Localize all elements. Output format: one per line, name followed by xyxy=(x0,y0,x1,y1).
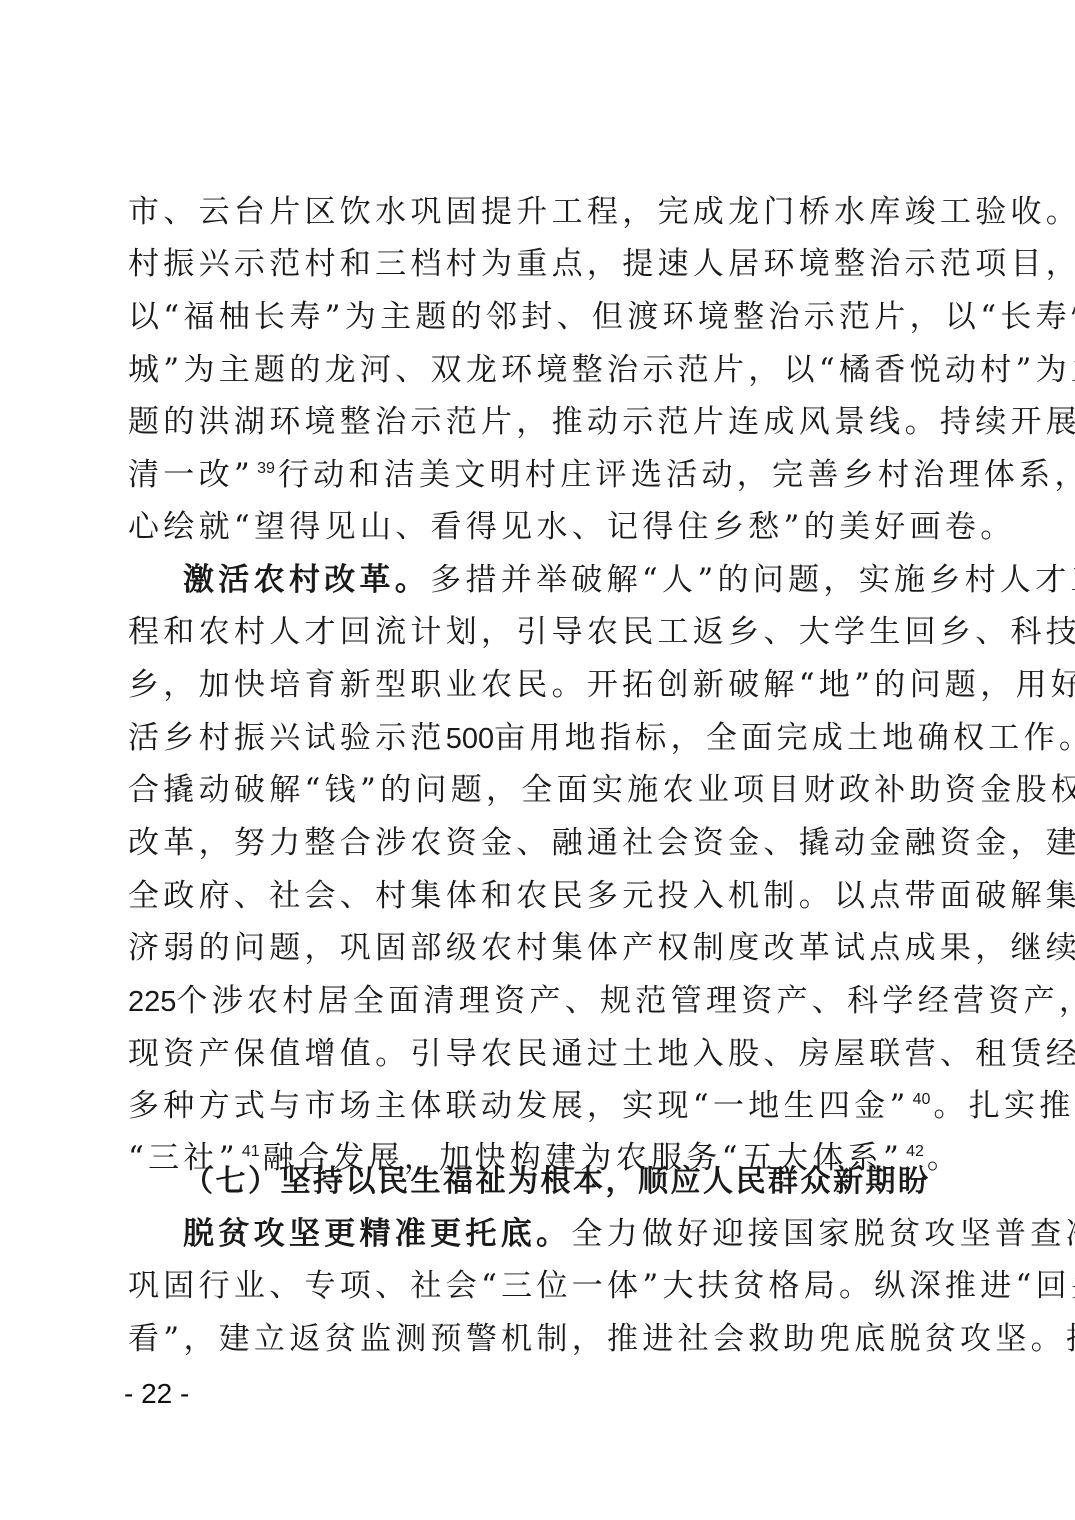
text-span: 。扎实推进 xyxy=(933,1088,1075,1124)
paragraph-lead: 激活农村改革。 xyxy=(183,562,430,598)
footnote-ref-39[interactable]: 39 xyxy=(257,460,275,477)
paragraph-line: 乡，加快培育新型职业农民。开拓创新破解“地”的问题，用好用 xyxy=(128,665,952,705)
paragraph-line: 村振兴示范村和三档村为重点，提速人居环境整治示范项目，打造 xyxy=(128,244,952,284)
paragraph-line: 现资产保值增值。引导农民通过土地入股、房屋联营、租赁经营等 xyxy=(128,1034,952,1074)
paragraph-line: 激活农村改革。多措并举破解“人”的问题，实施乡村人才工 xyxy=(183,560,952,600)
paragraph-line: 济弱的问题，巩固部级农村集体产权制度改革试点成果，继续推进 xyxy=(128,928,952,968)
paragraph-line: 题的洪湖环境整治示范片，推动示范片连成风景线。持续开展“三 xyxy=(128,402,952,442)
text-span: 全力做好迎接国家脱贫攻坚普查准备， xyxy=(571,1216,1075,1252)
paragraph-line: 心绘就“望得见山、看得见水、记得住乡愁”的美好画卷。 xyxy=(128,507,952,547)
footnote-ref-42[interactable]: 42 xyxy=(906,1143,924,1160)
paragraph-line: 城”为主题的龙河、双龙环境整治示范片，以“橘香悦动村”为主 xyxy=(128,350,952,390)
text-span: 个涉农村居全面清理资产、规范管理资产、科学经营资产，实 xyxy=(176,983,1075,1019)
paragraph-line: 程和农村人才回流计划，引导农民工返乡、大学生回乡、科技员下 xyxy=(128,612,952,652)
page-number: - 22 - xyxy=(124,1378,189,1410)
footnote-ref-40[interactable]: 40 xyxy=(913,1091,931,1108)
number-225: 225 xyxy=(128,986,176,1018)
paragraph-line: 多种方式与市场主体联动发展，实现“一地生四金”40。扎实推进 xyxy=(128,1086,952,1126)
paragraph-line: 看”，建立返贫监测预警机制，推进社会救助兜底脱贫攻坚。提高 xyxy=(128,1319,952,1359)
footnote-ref-41[interactable]: 41 xyxy=(242,1143,260,1160)
text-span: 多种方式与市场主体联动发展，实现“一地生四金” xyxy=(128,1088,910,1124)
paragraph-line: 225个涉农村居全面清理资产、规范管理资产、科学经营资产，实 xyxy=(128,981,952,1021)
text-span: 多措并举破解“人”的问题，实施乡村人才工 xyxy=(430,562,1075,598)
number-500: 500 xyxy=(446,723,494,755)
paragraph-line: 全政府、社会、村集体和农民多元投入机制。以点带面破解集体经 xyxy=(128,876,952,916)
paragraph-line: 清一改”39行动和洁美文明村庄评选活动，完善乡村治理体系，精 xyxy=(128,455,952,495)
paragraph-line: 活乡村振兴试验示范500亩用地指标，全面完成土地确权工作。整 xyxy=(128,718,952,758)
text-span: 活乡村振兴试验示范 xyxy=(128,720,446,756)
paragraph-line: 合撬动破解“钱”的问题，全面实施农业项目财政补助资金股权化 xyxy=(128,770,952,810)
paragraph-line: 改革，努力整合涉农资金、融通社会资金、撬动金融资金，建立健 xyxy=(128,823,952,863)
document-page: 市、云台片区饮水巩固提升工程，完成龙门桥水库竣工验收。以乡 村振兴示范村和三档村… xyxy=(0,0,1075,1520)
paragraph-lead: 脱贫攻坚更精准更托底。 xyxy=(183,1216,571,1252)
section-heading: （七）坚持以民生福祉为根本，顺应人民群众新期盼 xyxy=(183,1162,952,1202)
paragraph-line: 巩固行业、专项、社会“三位一体”大扶贫格局。纵深推进“回头 xyxy=(128,1266,952,1306)
text-span: 亩用地指标，全面完成土地确权工作。整 xyxy=(494,720,1075,756)
paragraph-line: 以“福柚长寿”为主题的邻封、但渡环境整治示范片，以“长寿慢 xyxy=(128,297,952,337)
paragraph-line: 脱贫攻坚更精准更托底。全力做好迎接国家脱贫攻坚普查准备， xyxy=(183,1214,952,1254)
paragraph-line: 市、云台片区饮水巩固提升工程，完成龙门桥水库竣工验收。以乡 xyxy=(128,192,952,232)
text-span: 清一改” xyxy=(128,457,254,493)
text-span: 行动和洁美文明村庄评选活动，完善乡村治理体系，精 xyxy=(278,457,1075,493)
